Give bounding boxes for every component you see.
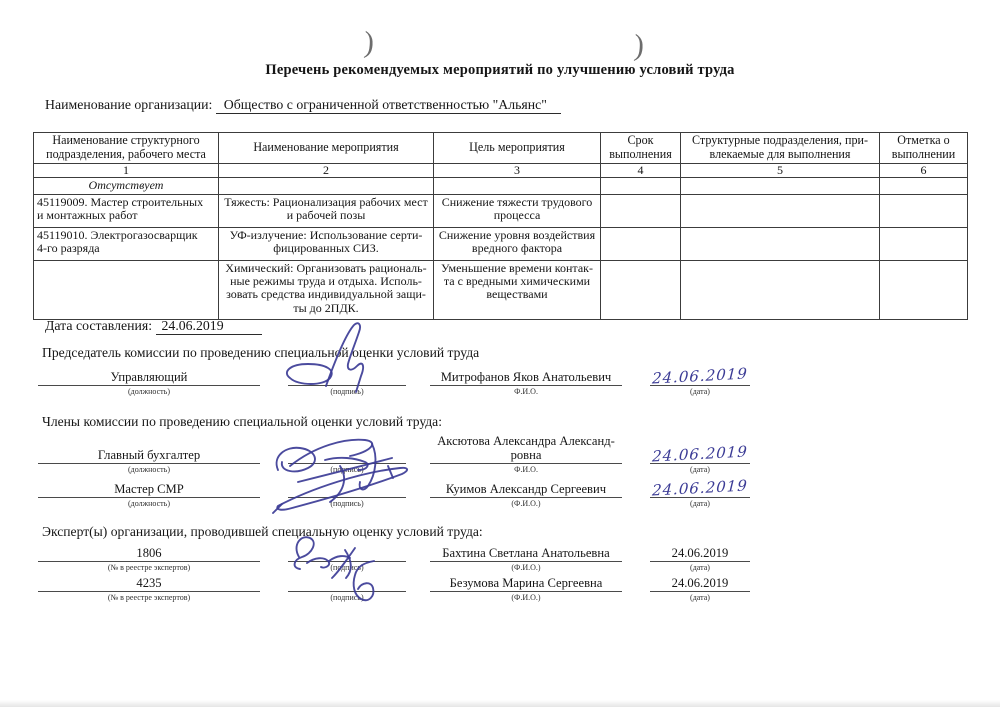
cell-workplace: 45119010. Электрогазосварщик 4-го разряд… — [34, 227, 219, 260]
fullname-label: Ф.И.О. — [430, 386, 622, 396]
column-numbers-row: 1 2 3 4 5 6 — [34, 164, 968, 178]
signature-label: (подпись) — [288, 498, 406, 508]
signature-row-chairman: Управляющий(должность) (подпись) Митрофа… — [38, 352, 750, 396]
table-row: Отсутствует — [34, 177, 968, 194]
scan-shadow-edge — [0, 700, 1000, 707]
table-row: 45119009. Мастер строительных и монтажны… — [34, 194, 968, 227]
page-title: Перечень рекомендуемых мероприятий по ул… — [0, 62, 1000, 79]
expert-number-label: (№ в реестре экспертов) — [38, 592, 260, 602]
organization-line: Наименование организации: Общество с огр… — [45, 97, 561, 113]
cell-goal: Уменьшение времени контак- та с вредными… — [434, 260, 601, 319]
position-value: Мастер СМР — [38, 482, 260, 498]
compilation-date-label: Дата составления: — [45, 318, 152, 333]
position-label: (должность) — [38, 498, 260, 508]
col-number: 5 — [681, 164, 880, 178]
date-label: (дата) — [650, 592, 750, 602]
scan-artifact-paren-left: ) — [363, 26, 375, 61]
signature-label: (подпись) — [288, 592, 406, 602]
cell-workplace: 45119009. Мастер строительных и монтажны… — [34, 194, 219, 227]
col-number: 2 — [219, 164, 434, 178]
fullname-label: (Ф.И.О.) — [430, 592, 622, 602]
compilation-date-value: 24.06.2019 — [156, 318, 262, 335]
cell-absent: Отсутствует — [34, 177, 219, 194]
signature-label: (подпись) — [288, 386, 406, 396]
position-value: Управляющий — [38, 370, 260, 386]
table-header-row: Наименование структурного подразделения,… — [34, 133, 968, 164]
signature-row-expert: 4235(№ в реестре экспертов) (подпись) Бе… — [38, 558, 750, 602]
header-involved-units: Структурные подразделения, при- влекаемы… — [681, 133, 880, 164]
position-label: (должность) — [38, 386, 260, 396]
date-handwritten: 24.06.2019 — [652, 365, 749, 387]
fullname-label: (Ф.И.О.) — [430, 498, 622, 508]
table-row: 45119010. Электрогазосварщик 4-го разряд… — [34, 227, 968, 260]
signature-row-member: Мастер СМР(должность) (подпись) Куимов А… — [38, 464, 750, 508]
fullname-value: Безумова Марина Сергеевна — [430, 576, 622, 592]
cell-goal: Снижение уровня воздействия вредного фак… — [434, 227, 601, 260]
organization-value: Общество с ограниченной ответственностью… — [216, 97, 561, 114]
date-label: (дата) — [650, 498, 750, 508]
table-row: Химический: Организовать рациональ- ные … — [34, 260, 968, 319]
fullname-value: Митрофанов Яков Анатольевич — [430, 370, 622, 386]
signature-line — [288, 370, 406, 386]
header-completion-mark: Отметка о выполнении — [880, 133, 968, 164]
scanned-document-page: ) ) Перечень рекомендуемых мероприятий п… — [0, 0, 1000, 707]
scan-artifact-paren-right: ) — [633, 29, 645, 64]
fullname-value: Куимов Александр Сергеевич — [430, 482, 622, 498]
cell-measure: Тяжесть: Рационализация рабочих мест и р… — [219, 194, 434, 227]
organization-label: Наименование организации: — [45, 97, 212, 112]
compilation-date-line: Дата составления: 24.06.2019 — [45, 318, 262, 334]
date-handwritten: 24.06.2019 — [652, 443, 749, 465]
cell-measure: Химический: Организовать рациональ- ные … — [219, 260, 434, 319]
col-number: 3 — [434, 164, 601, 178]
date-value: 24.06.2019 — [650, 576, 750, 592]
header-measure-goal: Цель мероприятия — [434, 133, 601, 164]
header-structural-unit: Наименование структурного подразделения,… — [34, 133, 219, 164]
col-number: 6 — [880, 164, 968, 178]
header-measure-name: Наименование мероприятия — [219, 133, 434, 164]
col-number: 4 — [601, 164, 681, 178]
signature-line — [288, 482, 406, 498]
date-label: (дата) — [650, 386, 750, 396]
cell-goal: Снижение тяжести трудового процесса — [434, 194, 601, 227]
signature-line — [288, 576, 406, 592]
cell-workplace — [34, 260, 219, 319]
expert-number-value: 4235 — [38, 576, 260, 592]
position-value: Главный бухгалтер — [38, 448, 260, 464]
measures-table: Наименование структурного подразделения,… — [33, 132, 968, 320]
signature-line — [288, 448, 406, 464]
cell-measure: УФ-излучение: Использование серти- фицир… — [219, 227, 434, 260]
date-handwritten: 24.06.2019 — [652, 477, 749, 499]
fullname-value: Аксютова Александра Александ- ровна — [430, 434, 622, 464]
col-number: 1 — [34, 164, 219, 178]
header-deadline: Срок выполнения — [601, 133, 681, 164]
